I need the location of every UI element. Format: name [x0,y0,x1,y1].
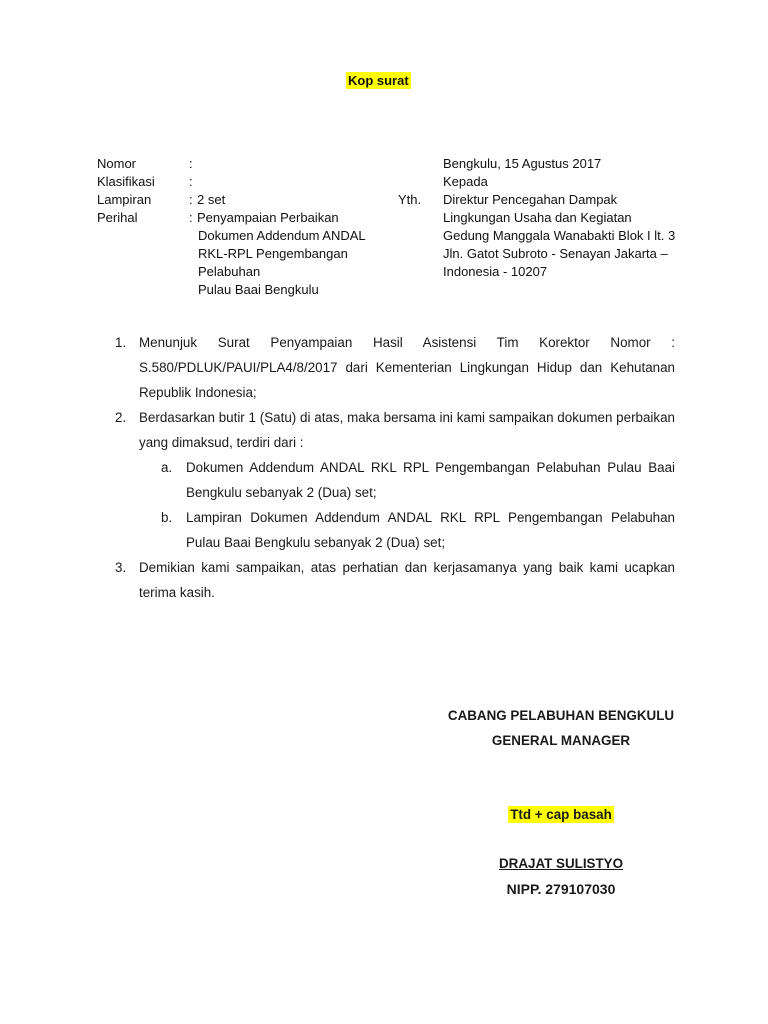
meta-label: Nomor [97,155,189,173]
sub-list-item-text: Lampiran Dokumen Addendum ANDAL RKL RPL … [186,510,675,550]
signature-organization: CABANG PELABUHAN BENGKULU [430,707,692,725]
meta-value: Penyampaian Perbaikan [197,209,339,227]
meta-klasifikasi: Klasifikasi : [97,173,366,191]
list-item: 2. Berdasarkan butir 1 (Satu) di atas, m… [112,405,675,455]
perihal-line: Pulau Baai Bengkulu [97,281,366,299]
sub-list-item: a. Dokumen Addendum ANDAL RKL RPL Pengem… [112,455,675,505]
meta-label: Klasifikasi [97,173,189,191]
yth-label: Yth. [398,191,421,209]
signatory-name: DRAJAT SULISTYO [430,855,692,873]
recipient-line: Lingkungan Usaha dan Kegiatan [443,209,675,227]
sub-list-item-text: Dokumen Addendum ANDAL RKL RPL Pengemban… [186,460,675,500]
recipient-line: Kepada [443,173,675,191]
meta-value: 2 set [197,191,225,209]
meta-colon: : [189,209,197,227]
list-marker: 1. [115,330,126,355]
signature-title: GENERAL MANAGER [430,732,692,750]
list-marker: 3. [115,555,126,580]
list-marker: 2. [115,405,126,430]
meta-colon: : [189,173,197,191]
letter-body-list: 1. Menunjuk Surat Penyampaian Hasil Asis… [112,330,675,605]
perihal-line: RKL-RPL Pengembangan [97,245,366,263]
sub-list-item: b. Lampiran Dokumen Addendum ANDAL RKL R… [112,505,675,555]
perihal-line: Dokumen Addendum ANDAL [97,227,366,245]
recipient-line: Direktur Pencegahan Dampak [443,191,675,209]
recipient-line: Jln. Gatot Subroto - Senayan Jakarta – [443,245,675,263]
list-item: 1. Menunjuk Surat Penyampaian Hasil Asis… [112,330,675,405]
recipient-line: Indonesia - 10207 [443,263,675,281]
meta-nomor: Nomor : [97,155,366,173]
signatory-nipp: NIPP. 279107030 [430,880,692,898]
meta-colon: : [189,191,197,209]
signatory-name-text: DRAJAT SULISTYO [499,856,623,871]
letter-meta: Nomor : Klasifikasi : Lampiran : 2 set P… [97,155,366,299]
recipient-line: Gedung Manggala Wanabakti Blok I lt. 3 [443,227,675,245]
signature-placeholder-text: Ttd + cap basah [508,806,614,823]
sub-list-marker: b. [161,505,172,530]
meta-label: Perihal [97,209,189,227]
letterhead-placeholder: Kop surat [346,72,411,89]
perihal-line: Pelabuhan [97,263,366,281]
meta-lampiran: Lampiran : 2 set [97,191,366,209]
list-item-text: Berdasarkan butir 1 (Satu) di atas, maka… [139,410,675,450]
list-item-text: Menunjuk Surat Penyampaian Hasil Asisten… [139,335,675,400]
sub-list-marker: a. [161,455,172,480]
meta-colon: : [189,155,197,173]
list-item-text: Demikian kami sampaikan, atas perhatian … [139,560,675,600]
meta-perihal: Perihal : Penyampaian Perbaikan [97,209,366,227]
letter-date: Bengkulu, 15 Agustus 2017 [443,155,675,173]
list-item: 3. Demikian kami sampaikan, atas perhati… [112,555,675,605]
recipient-block: Bengkulu, 15 Agustus 2017 Kepada Direktu… [443,155,675,281]
letter-page: Kop surat Nomor : Klasifikasi : Lampiran… [0,0,768,1024]
signature-placeholder: Ttd + cap basah [430,806,692,824]
meta-label: Lampiran [97,191,189,209]
